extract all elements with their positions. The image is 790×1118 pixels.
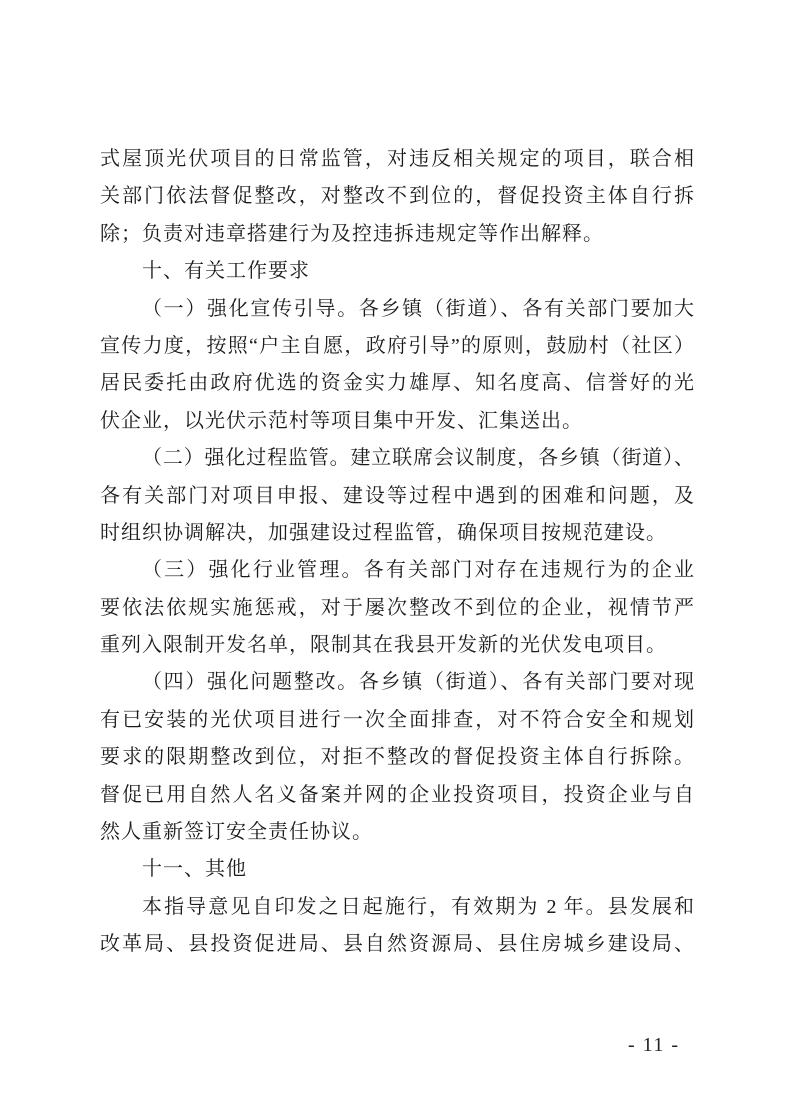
document-line: 式屋顶光伏项目的日常监管，对违反相关规定的项目，联合相 [100, 141, 694, 178]
document-line: 各有关部门对项目申报、建设等过程中遇到的困难和问题，及 [100, 478, 694, 515]
document-page: 式屋顶光伏项目的日常监管，对违反相关规定的项目，联合相关部门依法督促整改，对整改… [0, 0, 790, 1118]
document-line: （四）强化问题整改。各乡镇（街道）、各有关部门要对现 [100, 664, 694, 701]
section-heading: 十、有关工作要求 [100, 253, 694, 290]
page-number: - 11 - [628, 1034, 680, 1057]
document-line: 伏企业，以光伏示范村等项目集中开发、汇集送出。 [100, 403, 694, 440]
document-line: 重列入限制开发名单，限制其在我县开发新的光伏发电项目。 [100, 627, 694, 664]
document-line: 关部门依法督促整改，对整改不到位的，督促投资主体自行拆 [100, 178, 694, 215]
document-line: （一）强化宣传引导。各乡镇（街道）、各有关部门要加大 [100, 291, 694, 328]
document-line: 本指导意见自印发之日起施行，有效期为 2 年。县发展和 [100, 889, 694, 926]
document-line: （二）强化过程监管。建立联席会议制度，各乡镇（街道）、 [100, 440, 694, 477]
document-line: 居民委托由政府优选的资金实力雄厚、知名度高、信誉好的光 [100, 365, 694, 402]
section-heading: 十一、其他 [100, 851, 694, 888]
document-line: 除；负责对违章搭建行为及控违拆违规定等作出解释。 [100, 216, 694, 253]
document-line: 要求的限期整改到位，对拒不整改的督促投资主体自行拆除。 [100, 739, 694, 776]
document-line: 时组织协调解决，加强建设过程监管，确保项目按规范建设。 [100, 515, 694, 552]
document-line: 宣传力度，按照“户主自愿，政府引导”的原则，鼓励村（社区） [100, 328, 694, 365]
document-line: 然人重新签订安全责任协议。 [100, 814, 694, 851]
document-line: 要依法依规实施惩戒，对于屡次整改不到位的企业，视情节严 [100, 590, 694, 627]
document-line: （三）强化行业管理。各有关部门对存在违规行为的企业 [100, 552, 694, 589]
document-line: 督促已用自然人名义备案并网的企业投资项目，投资企业与自 [100, 777, 694, 814]
document-line: 有已安装的光伏项目进行一次全面排查，对不符合安全和规划 [100, 702, 694, 739]
document-body: 式屋顶光伏项目的日常监管，对违反相关规定的项目，联合相关部门依法督促整改，对整改… [100, 141, 694, 964]
document-line: 改革局、县投资促进局、县自然资源局、县住房城乡建设局、 [100, 926, 694, 963]
